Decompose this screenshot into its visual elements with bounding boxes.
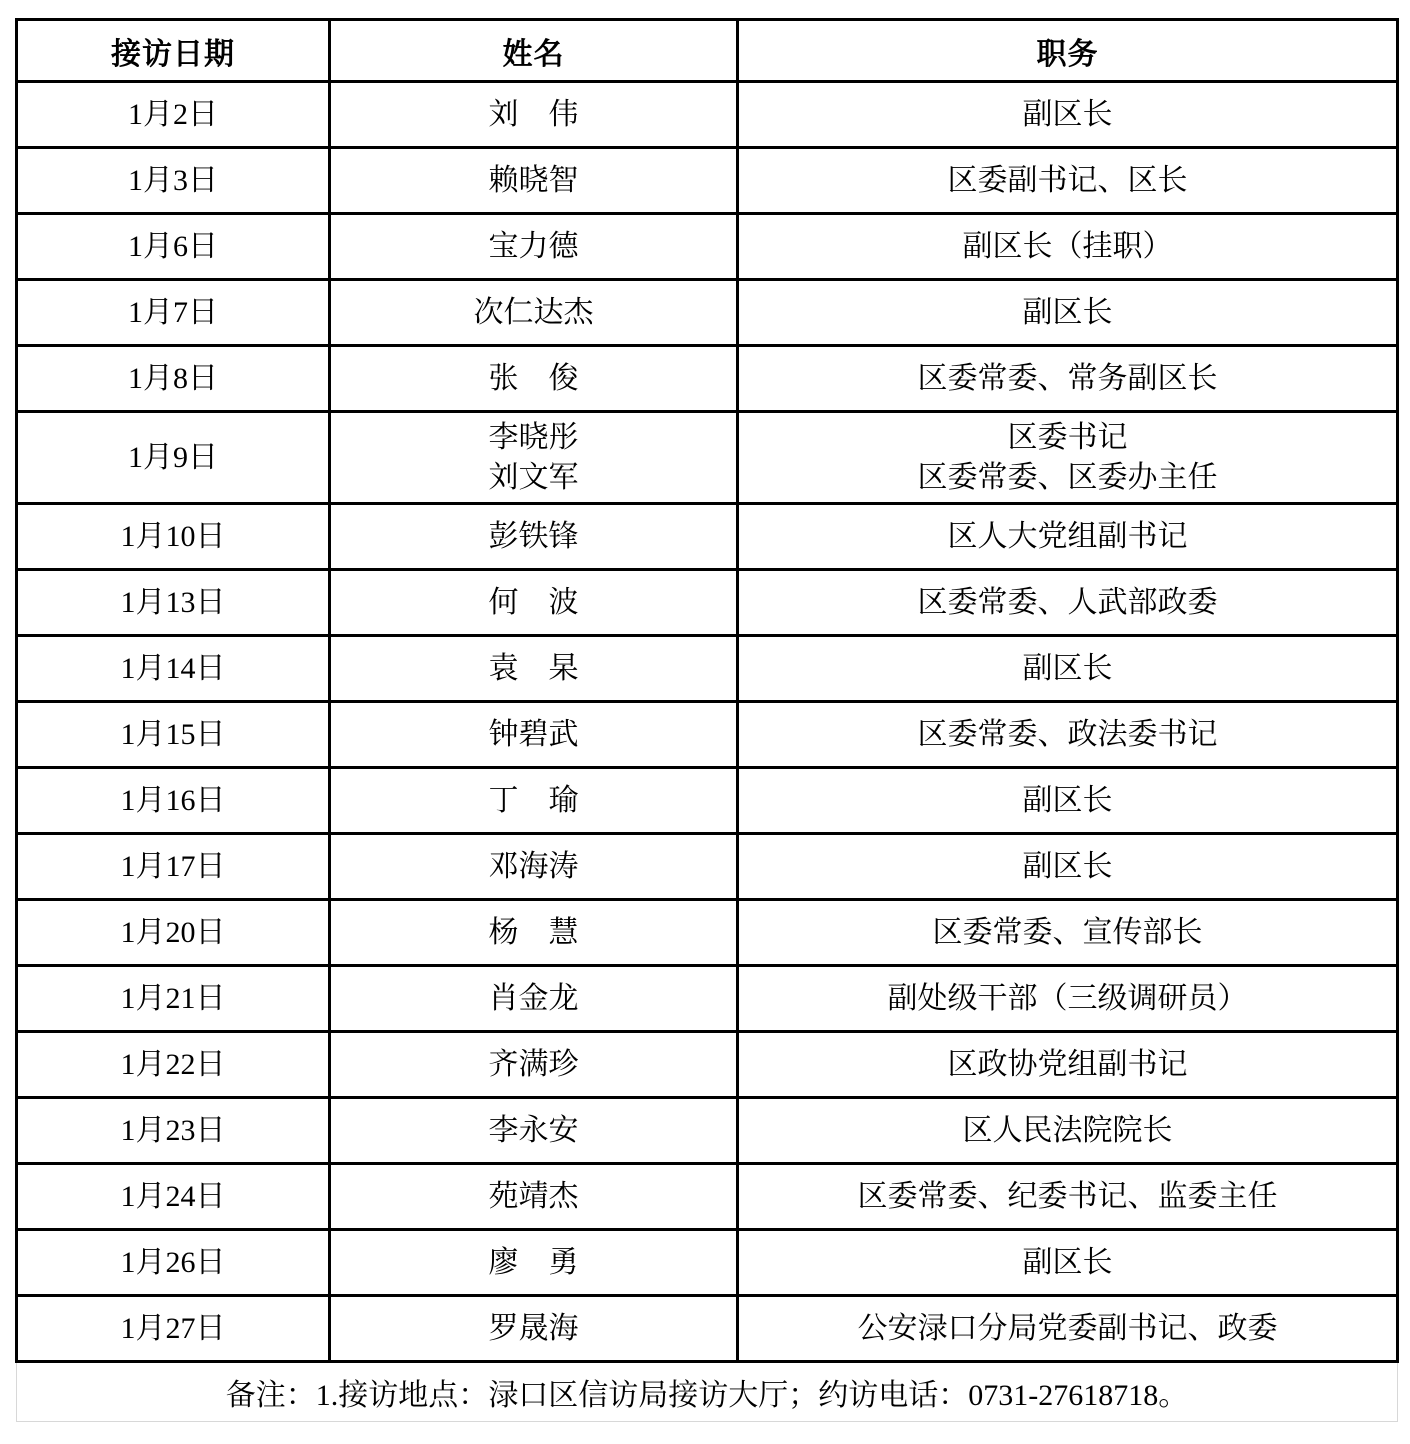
name-cell: 何 波 xyxy=(330,570,738,636)
date-cell: 1月8日 xyxy=(17,346,330,412)
name-cell: 钟碧武 xyxy=(330,702,738,768)
name-cell-line: 李晓彤 xyxy=(331,418,736,458)
name-cell: 次仁达杰 xyxy=(330,280,738,346)
table-row: 1月16日丁 瑜副区长 xyxy=(17,768,1398,834)
table-footer: 备注：1.接访地点：渌口区信访局接访大厅；约访电话：0731-27618718。 xyxy=(17,1362,1398,1422)
date-cell: 1月13日 xyxy=(17,570,330,636)
title-cell-line: 区委常委、区委办主任 xyxy=(739,458,1396,498)
name-cell: 袁 杲 xyxy=(330,636,738,702)
name-cell-line: 刘文军 xyxy=(331,458,736,498)
title-cell: 区人大党组副书记 xyxy=(738,504,1398,570)
name-cell: 廖 勇 xyxy=(330,1230,738,1296)
reception-schedule-table: 接访日期 姓名 职务 1月2日刘 伟副区长1月3日赖晓智区委副书记、区长1月6日… xyxy=(15,18,1399,1422)
date-cell: 1月23日 xyxy=(17,1098,330,1164)
table-row: 1月26日廖 勇副区长 xyxy=(17,1230,1398,1296)
date-cell: 1月16日 xyxy=(17,768,330,834)
date-cell: 1月14日 xyxy=(17,636,330,702)
table-row: 1月20日杨 慧区委常委、宣传部长 xyxy=(17,900,1398,966)
title-cell: 区委常委、人武部政委 xyxy=(738,570,1398,636)
header-cell-name: 姓名 xyxy=(330,20,738,82)
footer-row: 备注：1.接访地点：渌口区信访局接访大厅；约访电话：0731-27618718。 xyxy=(17,1362,1398,1422)
table-row: 1月14日袁 杲副区长 xyxy=(17,636,1398,702)
table-row: 1月21日肖金龙副处级干部（三级调研员） xyxy=(17,966,1398,1032)
table-row: 1月10日彭铁锋区人大党组副书记 xyxy=(17,504,1398,570)
table-row: 1月8日张 俊区委常委、常务副区长 xyxy=(17,346,1398,412)
name-cell: 赖晓智 xyxy=(330,148,738,214)
name-cell: 张 俊 xyxy=(330,346,738,412)
table-row: 1月7日次仁达杰副区长 xyxy=(17,280,1398,346)
date-cell: 1月22日 xyxy=(17,1032,330,1098)
date-cell: 1月6日 xyxy=(17,214,330,280)
table-row: 1月22日齐满珍区政协党组副书记 xyxy=(17,1032,1398,1098)
name-cell: 肖金龙 xyxy=(330,966,738,1032)
table-row: 1月13日何 波区委常委、人武部政委 xyxy=(17,570,1398,636)
title-cell-line: 区委书记 xyxy=(739,418,1396,458)
table-row: 1月24日苑靖杰区委常委、纪委书记、监委主任 xyxy=(17,1164,1398,1230)
name-cell: 丁 瑜 xyxy=(330,768,738,834)
date-cell: 1月15日 xyxy=(17,702,330,768)
table-row: 1月15日钟碧武区委常委、政法委书记 xyxy=(17,702,1398,768)
date-cell: 1月24日 xyxy=(17,1164,330,1230)
page: 接访日期 姓名 职务 1月2日刘 伟副区长1月3日赖晓智区委副书记、区长1月6日… xyxy=(0,0,1410,1444)
name-cell: 杨 慧 xyxy=(330,900,738,966)
table-row: 1月2日刘 伟副区长 xyxy=(17,82,1398,148)
title-cell: 区委常委、政法委书记 xyxy=(738,702,1398,768)
date-cell: 1月10日 xyxy=(17,504,330,570)
table-row: 1月6日宝力德副区长（挂职） xyxy=(17,214,1398,280)
name-cell: 李永安 xyxy=(330,1098,738,1164)
date-cell: 1月17日 xyxy=(17,834,330,900)
name-cell: 李晓彤刘文军 xyxy=(330,412,738,504)
name-cell: 罗晟海 xyxy=(330,1296,738,1362)
date-cell: 1月9日 xyxy=(17,412,330,504)
table-row: 1月9日李晓彤刘文军区委书记区委常委、区委办主任 xyxy=(17,412,1398,504)
name-cell: 宝力德 xyxy=(330,214,738,280)
name-cell: 苑靖杰 xyxy=(330,1164,738,1230)
table-row: 1月27日罗晟海公安渌口分局党委副书记、政委 xyxy=(17,1296,1398,1362)
date-cell: 1月26日 xyxy=(17,1230,330,1296)
title-cell: 区委常委、宣传部长 xyxy=(738,900,1398,966)
title-cell: 区人民法院院长 xyxy=(738,1098,1398,1164)
date-cell: 1月3日 xyxy=(17,148,330,214)
title-cell: 副区长 xyxy=(738,1230,1398,1296)
date-cell: 1月2日 xyxy=(17,82,330,148)
title-cell: 区委常委、常务副区长 xyxy=(738,346,1398,412)
footer-note: 备注：1.接访地点：渌口区信访局接访大厅；约访电话：0731-27618718。 xyxy=(17,1362,1398,1422)
date-cell: 1月7日 xyxy=(17,280,330,346)
date-cell: 1月27日 xyxy=(17,1296,330,1362)
title-cell: 区政协党组副书记 xyxy=(738,1032,1398,1098)
table-header: 接访日期 姓名 职务 xyxy=(17,20,1398,82)
header-cell-date: 接访日期 xyxy=(17,20,330,82)
header-cell-title: 职务 xyxy=(738,20,1398,82)
title-cell: 副区长（挂职） xyxy=(738,214,1398,280)
table-body: 1月2日刘 伟副区长1月3日赖晓智区委副书记、区长1月6日宝力德副区长（挂职）1… xyxy=(17,82,1398,1362)
title-cell: 副处级干部（三级调研员） xyxy=(738,966,1398,1032)
table-row: 1月3日赖晓智区委副书记、区长 xyxy=(17,148,1398,214)
name-cell: 邓海涛 xyxy=(330,834,738,900)
name-cell: 齐满珍 xyxy=(330,1032,738,1098)
title-cell: 区委书记区委常委、区委办主任 xyxy=(738,412,1398,504)
table-row: 1月17日邓海涛副区长 xyxy=(17,834,1398,900)
title-cell: 区委常委、纪委书记、监委主任 xyxy=(738,1164,1398,1230)
title-cell: 副区长 xyxy=(738,768,1398,834)
header-row: 接访日期 姓名 职务 xyxy=(17,20,1398,82)
date-cell: 1月21日 xyxy=(17,966,330,1032)
title-cell: 副区长 xyxy=(738,834,1398,900)
title-cell: 副区长 xyxy=(738,82,1398,148)
title-cell: 公安渌口分局党委副书记、政委 xyxy=(738,1296,1398,1362)
table-row: 1月23日李永安区人民法院院长 xyxy=(17,1098,1398,1164)
title-cell: 区委副书记、区长 xyxy=(738,148,1398,214)
name-cell: 刘 伟 xyxy=(330,82,738,148)
name-cell: 彭铁锋 xyxy=(330,504,738,570)
title-cell: 副区长 xyxy=(738,636,1398,702)
title-cell: 副区长 xyxy=(738,280,1398,346)
date-cell: 1月20日 xyxy=(17,900,330,966)
